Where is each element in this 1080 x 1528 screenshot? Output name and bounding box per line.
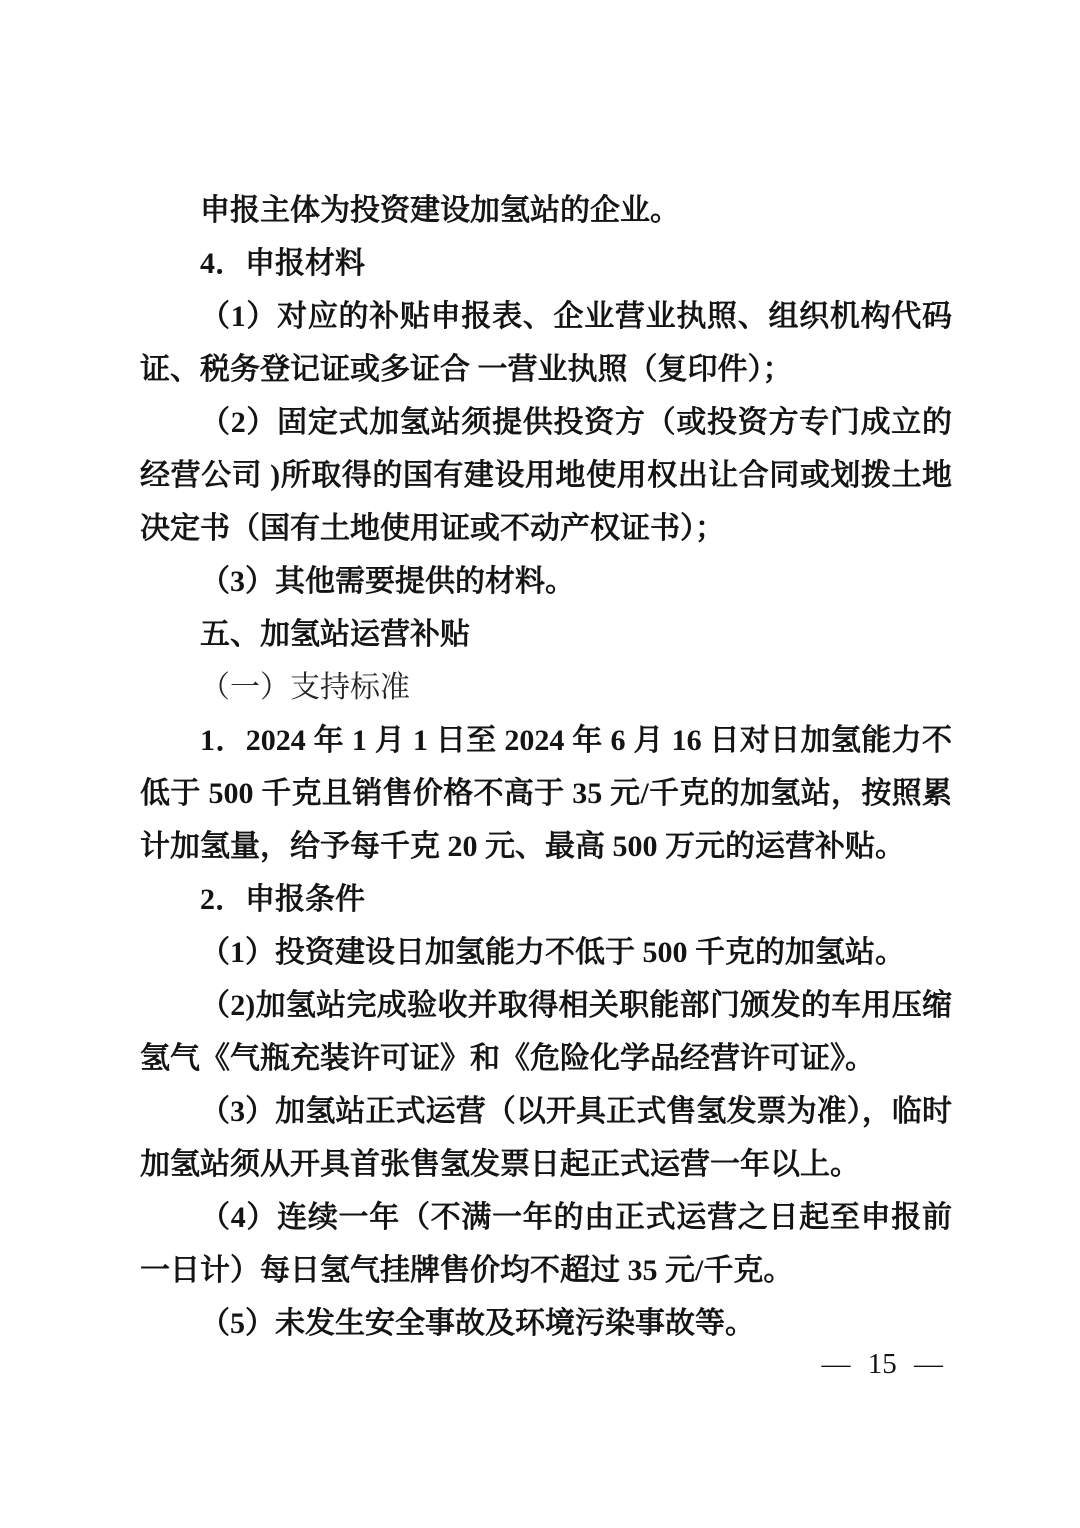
paragraph: （3）其他需要提供的材料。 [140,555,952,608]
paragraph: （2)加氢站完成验收并取得相关职能部门颁发的车用压缩氢气《气瓶充装许可证》和《危… [140,979,952,1085]
paragraph: （1）对应的补贴申报表、企业营业执照、组织机构代码证、税务登记证或多证合 一营业… [140,290,952,396]
paragraph: （5）未发生安全事故及环境污染事故等。 [140,1297,952,1350]
paragraph: 2．申报条件 [140,873,952,926]
paragraph: （2）固定式加氢站须提供投资方（或投资方专门成立的经营公司 )所取得的国有建设用… [140,396,952,555]
page-number: — 15 — [822,1346,944,1382]
paragraph: 申报主体为投资建设加氢站的企业。 [140,184,952,237]
paragraph: 五、加氢站运营补贴 [140,608,952,661]
paragraph: （1）投资建设日加氢能力不低于 500 千克的加氢站。 [140,926,952,979]
paragraph: （3）加氢站正式运营（以开具正式售氢发票为准），临时加氢站须从开具首张售氢发票日… [140,1085,952,1191]
paragraph: 1．2024 年 1 月 1 日至 2024 年 6 月 16 日对日加氢能力不… [140,714,952,873]
paragraph: 4．申报材料 [140,237,952,290]
paragraph: （一）支持标准 [140,661,952,714]
document-page: 申报主体为投资建设加氢站的企业。4．申报材料（1）对应的补贴申报表、企业营业执照… [0,0,1080,1528]
paragraph: （4）连续一年（不满一年的由正式运营之日起至申报前一日计）每日氢气挂牌售价均不超… [140,1191,952,1297]
document-body: 申报主体为投资建设加氢站的企业。4．申报材料（1）对应的补贴申报表、企业营业执照… [140,184,952,1350]
